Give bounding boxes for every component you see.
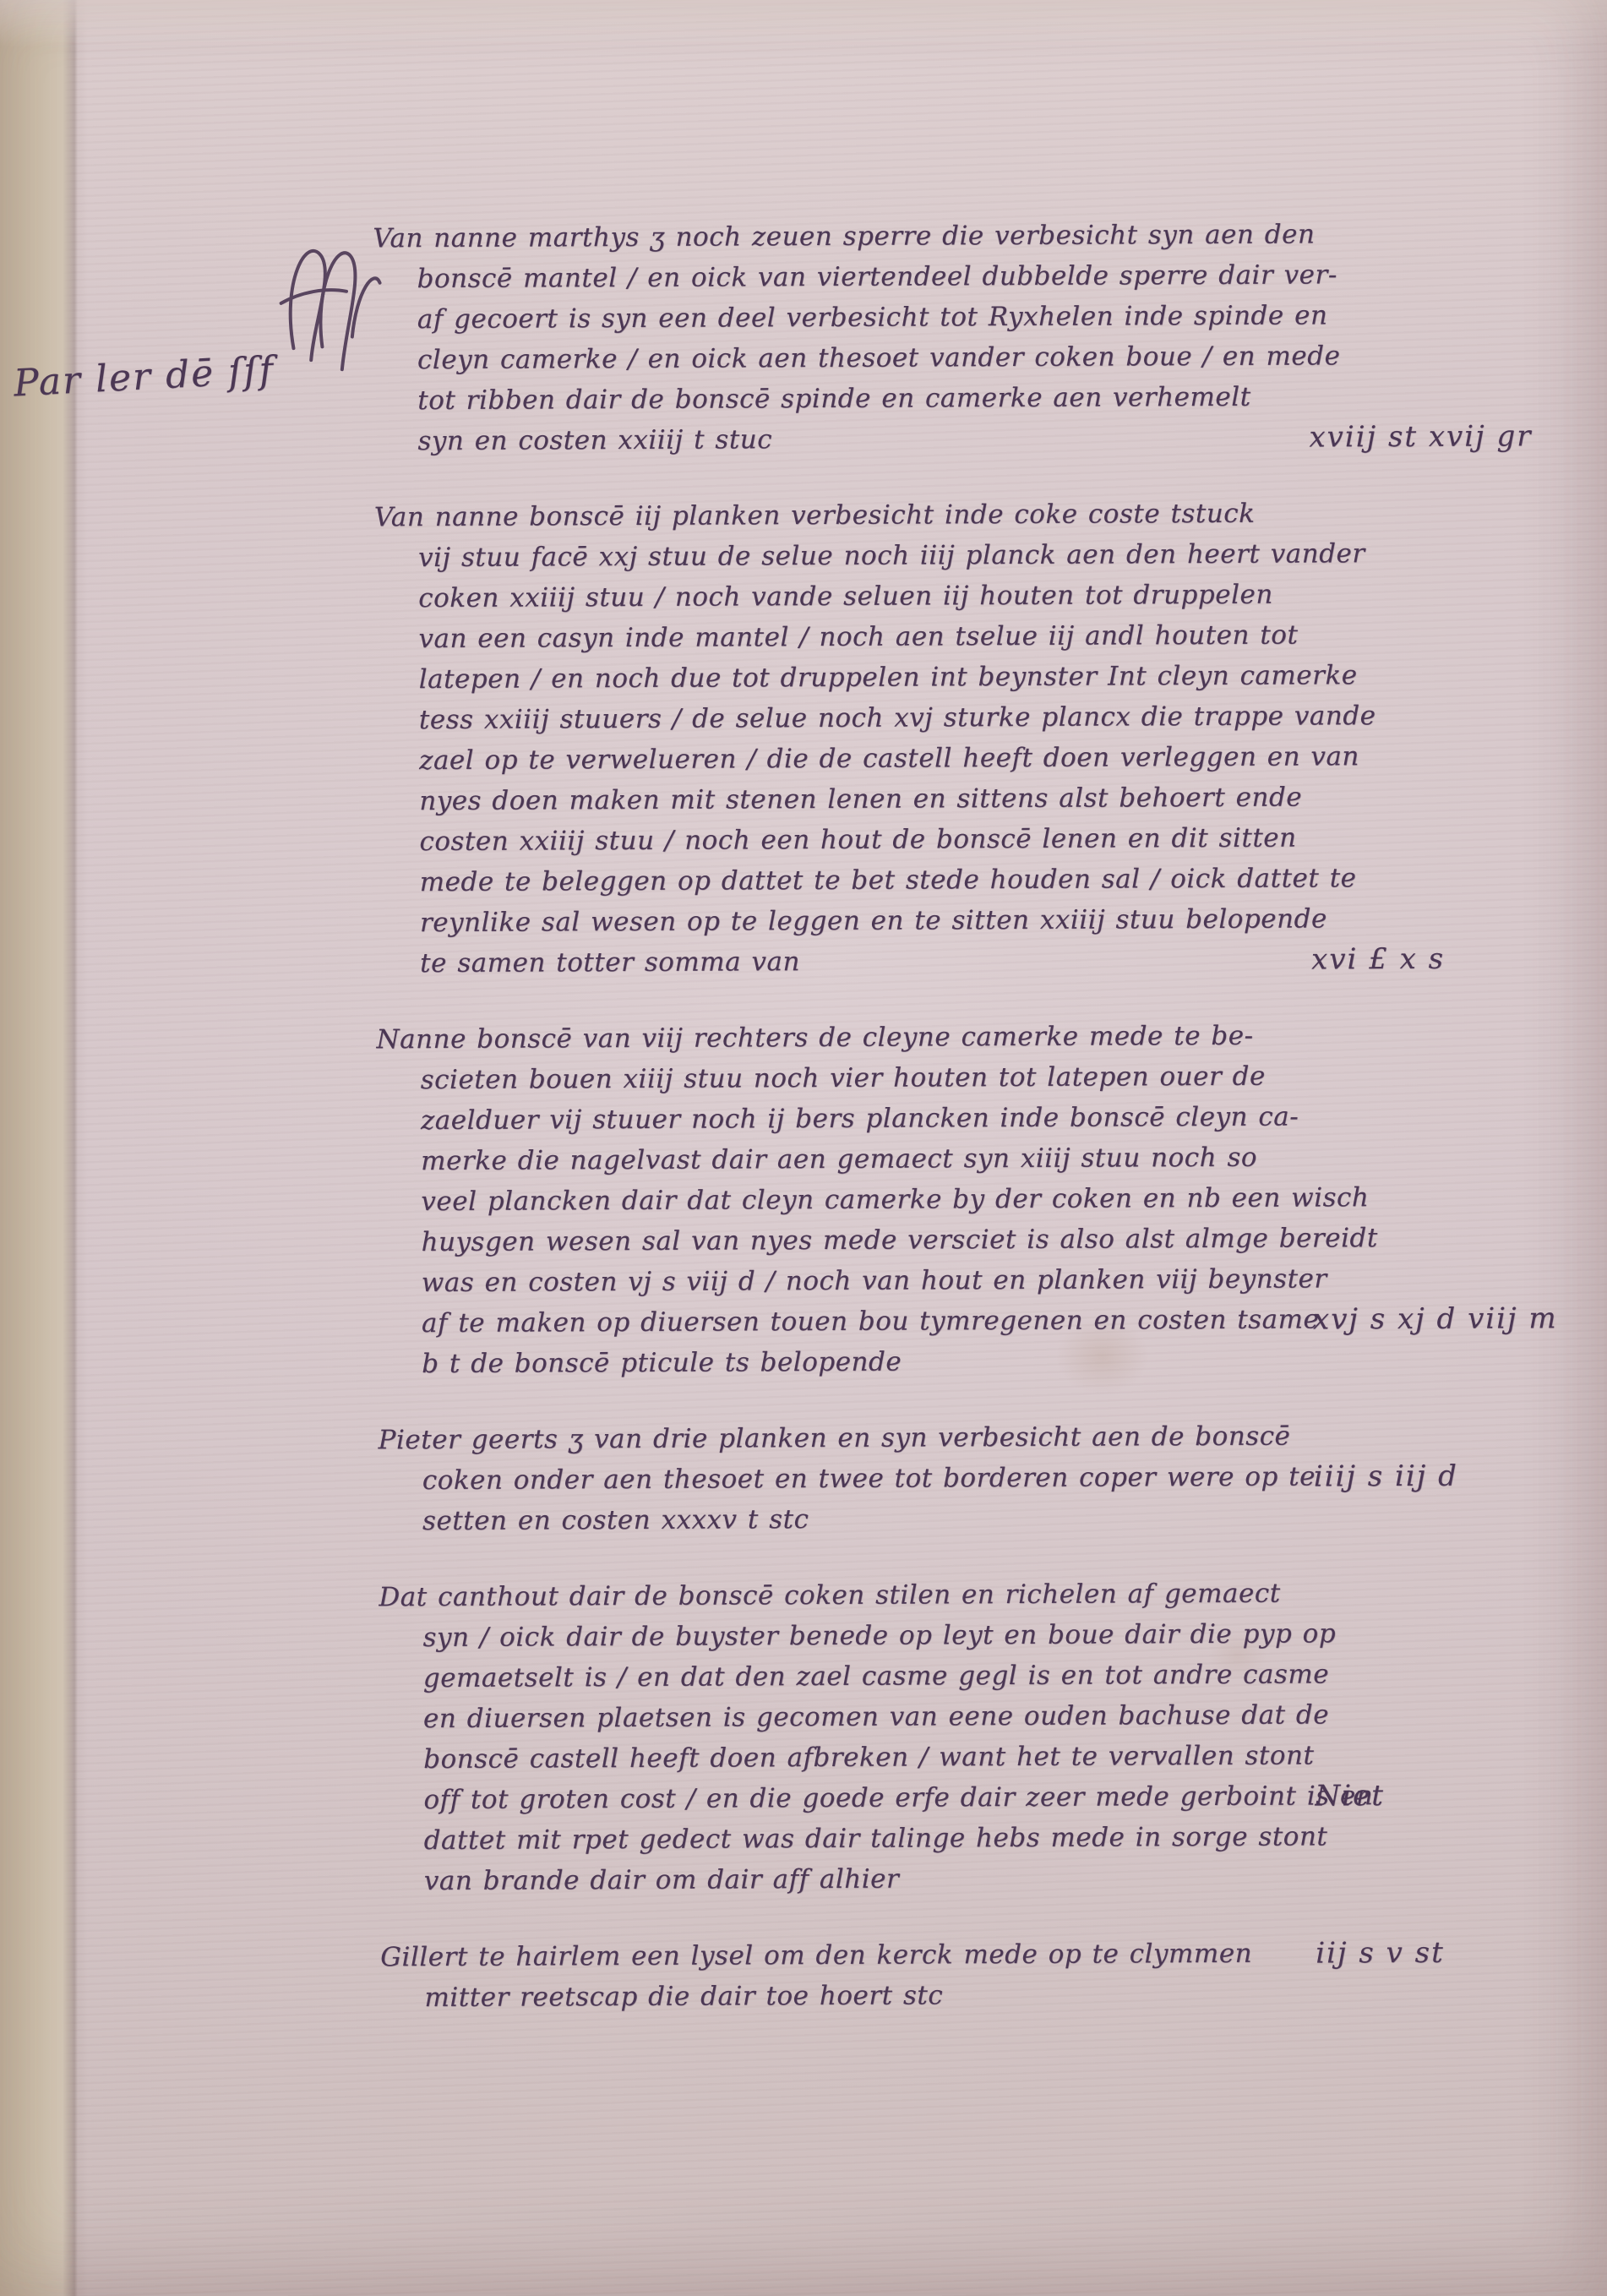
manuscript-line: scieten bouen xiiij stuu noch vier houte… [421,1055,1401,1100]
manuscript-line: te samen totter somma van [420,939,1400,984]
ledger-entry: Nanne bonscē van viij rechters de cleyne… [420,1014,1607,1384]
manuscript-line: dattet mit rpet gedect was dair talinge … [424,1816,1404,1861]
manuscript-line: Van nanne bonscē iij planken verbesicht … [374,493,1354,537]
manuscript-line: vij stuu facē xxj stuu de selue noch iii… [418,533,1398,578]
manuscript-line: setten en costen xxxxv t stc [422,1497,1403,1541]
margin-note-text: Par ler dē ſſf [13,348,275,405]
entries: Van nanne marthys ʒ noch zeuen sperre di… [417,213,1607,2053]
manuscript-line: nyes doen maken mit stenen lenen en sitt… [419,777,1399,821]
manuscript-line: bonscē castell heeft doen afbreken / wan… [423,1735,1403,1780]
manuscript-line: Van nanne marthys ʒ noch zeuen sperre di… [373,214,1353,259]
manuscript-line: coken xxiiij stuu / noch vande seluen ii… [418,574,1398,619]
manuscript-line: van een casyn inde mantel / noch aen tse… [418,614,1398,659]
amount-annotation: xvj s xj d viij m [1313,1298,1558,1339]
manuscript-line: tess xxiiij stuuers / de selue noch xvj … [419,695,1399,740]
amount-annotation: xvi £ x s [1311,939,1445,980]
ledger-entry: Dat canthout dair de bonscē coken stilen… [422,1572,1607,1901]
manuscript-line: Dat canthout dair de bonscē coken stilen… [379,1573,1359,1617]
manuscript-line: en diuersen plaetsen is gecomen van eene… [423,1694,1403,1739]
manuscript-line: bonscē mantel / en oick van viertendeel … [417,254,1397,299]
ledger-entry: Van nanne bonscē iij planken verbesicht … [418,492,1606,984]
manuscript-line: cleyn camerke / en oick aen thesoet vand… [417,335,1397,380]
manuscript-line: coken onder aen thesoet en twee tot bord… [422,1456,1403,1501]
manuscript-line: mede te beleggen op dattet te bet stede … [420,858,1400,903]
manuscript-line: af gecoert is syn een deel verbesicht to… [417,295,1397,340]
manuscript-line: huysgen wesen sal van nyes mede versciet… [421,1218,1401,1263]
manuscript-line: costen xxiiij stuu / noch een hout de bo… [419,817,1399,862]
manuscript-line: merke die nagelvast dair aen gemaect syn… [421,1137,1401,1181]
manuscript-line: was en costen vj s viij d / noch van hou… [422,1258,1402,1303]
manuscript-page: Par ler dē ſſf Van nanne marthys ʒ noch … [0,0,1607,2296]
manuscript-line: zael op te verwelueren / die de castell … [419,736,1399,781]
manuscript-line: Gillert te hairlem een lysel om den kerc… [380,1933,1360,1977]
manuscript-line: latepen / en noch due tot druppelen int … [419,655,1399,700]
manuscript-line: af te maken op diuersen touen bou tymreg… [422,1299,1402,1344]
manuscript-line: mitter reetscap die dair toe hoert stc [424,1973,1404,2018]
page-top-edge [0,0,1607,47]
manuscript-line: zaelduer vij stuuer noch ij bers plancke… [421,1096,1401,1141]
manuscript-line: reynlike sal wesen op te leggen en te si… [420,898,1400,943]
manuscript-line: off tot groten cost / en die goede erfe … [423,1775,1403,1820]
manuscript-line: Pieter geerts ʒ van drie planken en syn … [378,1415,1358,1460]
manuscript-line: tot ribben dair de bonscē spinde en came… [417,376,1397,421]
manuscript-line: b t de bonscē pticule ts belopende [422,1339,1402,1384]
manuscript-line: syn / oick dair de buyster benede op ley… [422,1613,1403,1658]
manuscript-line: van brande dair om dair aff alhier [424,1857,1404,1901]
manuscript-line: gemaetselt is / en dat den zael casme ge… [423,1654,1403,1699]
ledger-entry: Gillert te hairlem een lysel om den kerc… [424,1932,1607,2018]
ledger-entry: Pieter geerts ʒ van drie planken en syn … [422,1415,1607,1541]
manuscript-line: veel plancken dair dat cleyn camerke by … [421,1177,1401,1222]
manuscript-line: Nanne bonscē van viij rechters de cleyne… [376,1015,1356,1060]
amount-annotation: iiij s iij d [1314,1456,1458,1497]
manuscript-line: syn en costen xxiiij t stuc [417,417,1397,461]
margin-note: Par ler dē ſſf [6,216,390,405]
ledger-entry: Van nanne marthys ʒ noch zeuen sperre di… [417,213,1604,461]
amount-annotation: xviij st xvij gr [1309,416,1532,457]
amount-annotation: Niet [1315,1775,1385,1816]
amount-annotation: iij s v st [1316,1933,1445,1974]
